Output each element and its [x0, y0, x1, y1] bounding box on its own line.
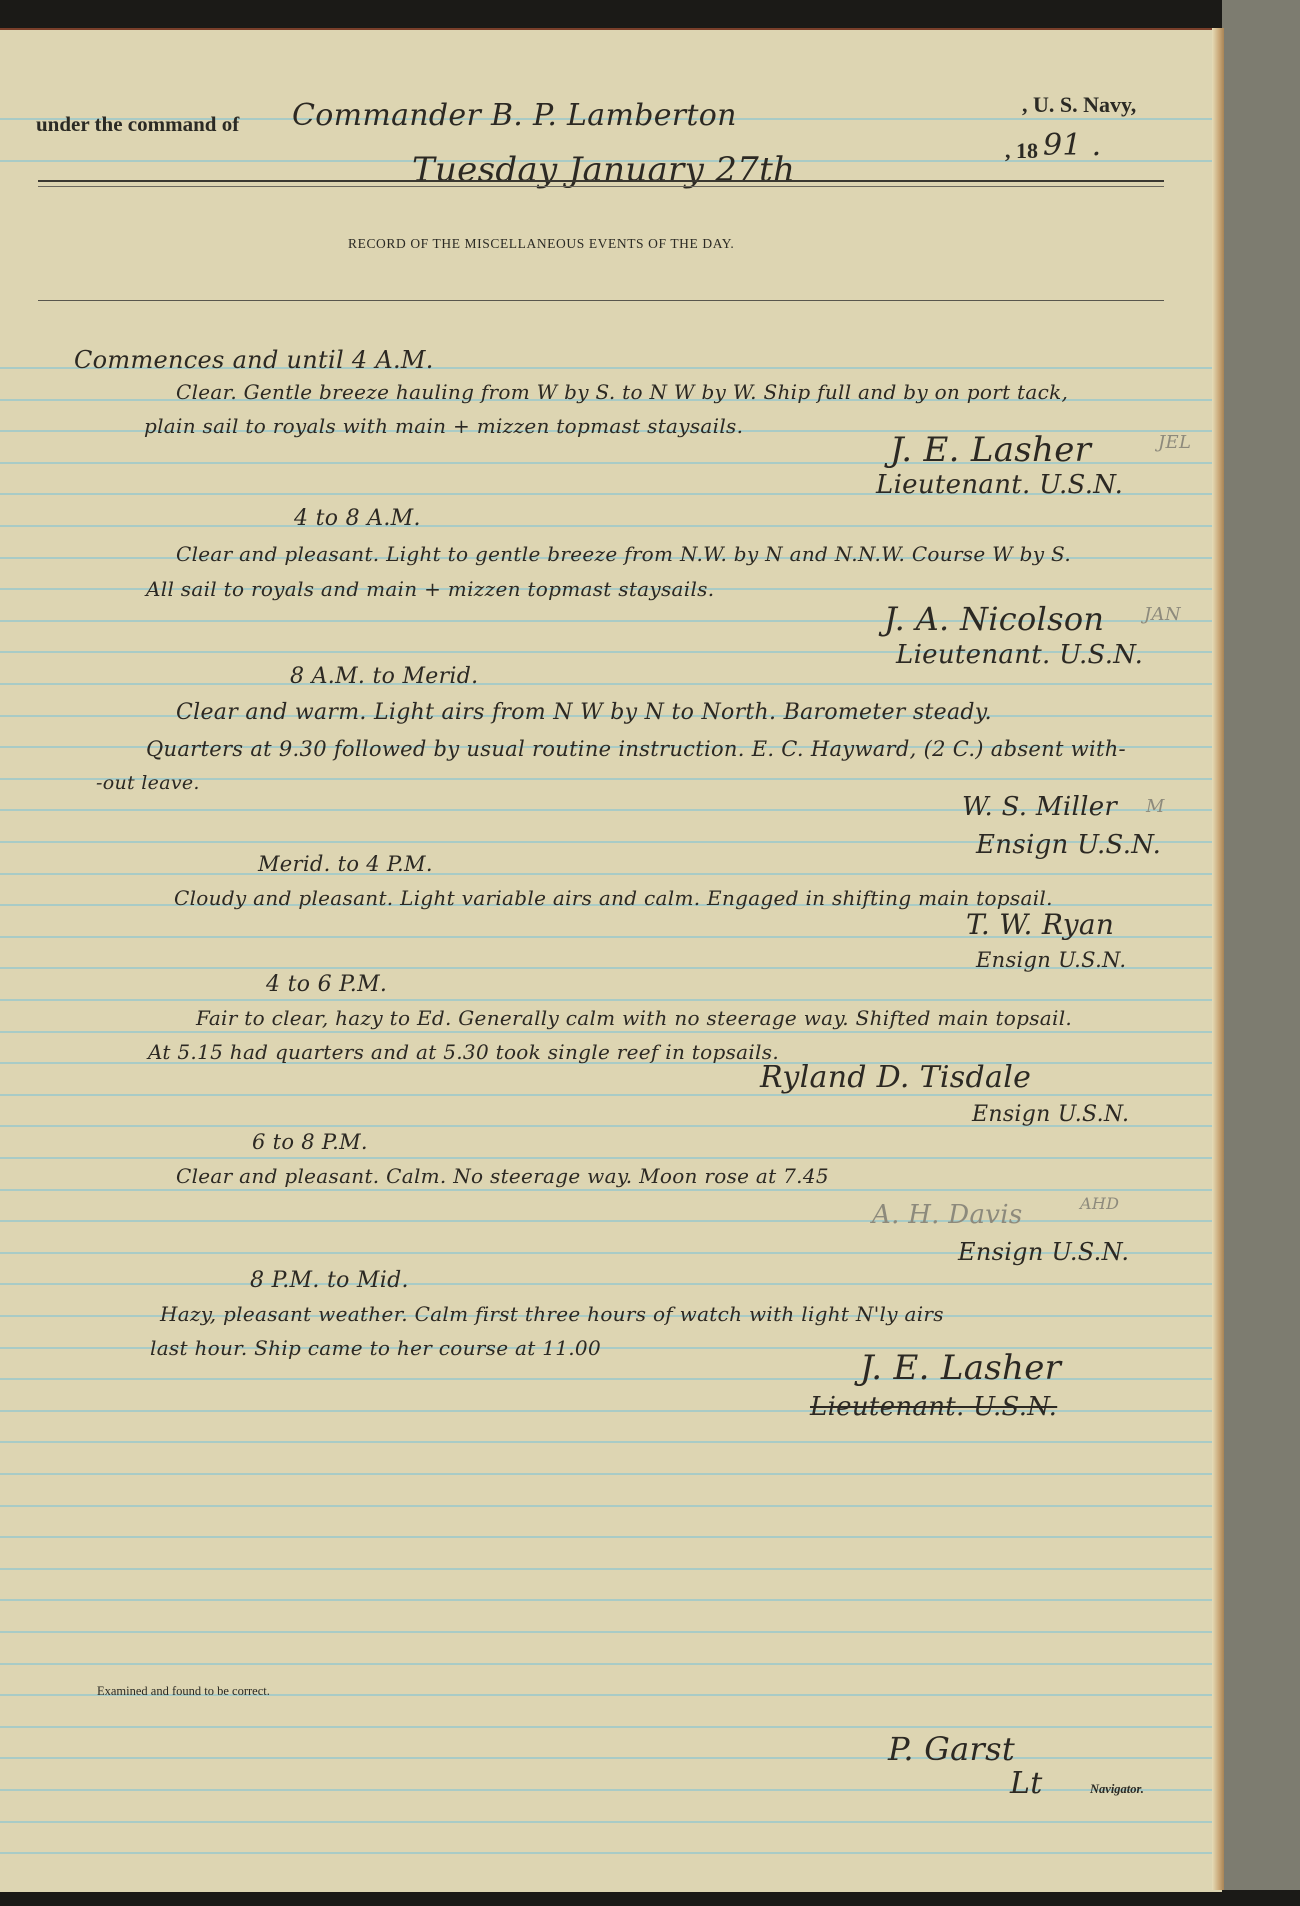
ruled-line — [0, 1757, 1212, 1759]
officer-rank: Ensign U.S.N. — [958, 1238, 1129, 1266]
year-suffix: 91 . — [1043, 128, 1101, 163]
officer-rank: Ensign U.S.N. — [972, 1102, 1129, 1127]
ruled-line — [0, 1631, 1212, 1633]
officer-signature: Ryland D. Tisdale — [760, 1060, 1031, 1095]
officer-signature: J. E. Lasher — [890, 430, 1091, 470]
officer-signature: W. S. Miller — [962, 792, 1117, 822]
ruled-line — [0, 873, 1212, 875]
ruled-line — [0, 1536, 1212, 1538]
navigator-label: Navigator. — [1090, 1782, 1144, 1797]
page-edge — [1212, 28, 1224, 1890]
ruled-line — [0, 1189, 1212, 1191]
officer-rank: Lieutenant. U.S.N. — [896, 640, 1143, 670]
watch-heading: Commences and until 4 A.M. — [74, 346, 434, 374]
ruled-line — [0, 1505, 1212, 1507]
watch-heading: 4 to 6 P.M. — [266, 972, 387, 997]
officer-signature: J. E. Lasher — [860, 1348, 1061, 1388]
ruled-line — [0, 1031, 1212, 1033]
entry-line: All sail to royals and main + mizzen top… — [146, 577, 714, 601]
entry-line: Clear and pleasant. Light to gentle bree… — [176, 542, 1071, 566]
day-date: Tuesday January 27th — [412, 150, 795, 190]
officer-initials: JAN — [1144, 604, 1181, 625]
header-divider-thin — [38, 186, 1164, 187]
officer-signature: J. A. Nicolson — [884, 600, 1104, 638]
header-divider-thick — [38, 180, 1164, 182]
ruled-line — [0, 525, 1212, 527]
navigator-signature: P. Garst — [888, 1730, 1015, 1768]
backboard — [1222, 0, 1300, 1890]
officer-rank: Lieutenant. U.S.N. — [810, 1392, 1057, 1422]
section-title: RECORD OF THE MISCELLANEOUS EVENTS OF TH… — [348, 236, 734, 252]
officer-initials: AHD — [1080, 1194, 1119, 1213]
officer-signature: A. H. Davis — [872, 1200, 1023, 1230]
entry-line: Hazy, pleasant weather. Calm first three… — [160, 1302, 944, 1326]
examined-label: Examined and found to be correct. — [97, 1684, 270, 1699]
commander-name: Commander B. P. Lamberton — [292, 98, 737, 133]
ruled-line — [0, 1441, 1212, 1443]
officer-initials: JEL — [1158, 432, 1191, 453]
ruled-line — [0, 1283, 1212, 1285]
watch-heading: 4 to 8 A.M. — [294, 506, 421, 531]
entry-line: Clear and warm. Light airs from N W by N… — [176, 700, 992, 725]
officer-initials: M — [1146, 796, 1165, 817]
ruled-line — [0, 683, 1212, 685]
entry-line: -out leave. — [96, 772, 200, 794]
ruled-line — [0, 1821, 1212, 1823]
officer-signature: T. W. Ryan — [966, 908, 1114, 941]
year-prefix: , 18 — [1005, 138, 1038, 164]
section-divider — [38, 300, 1164, 301]
log-page: under the command of Commander B. P. Lam… — [0, 28, 1222, 1892]
entry-line: Clear and pleasant. Calm. No steerage wa… — [176, 1164, 829, 1188]
entry-line: Clear. Gentle breeze hauling from W by S… — [176, 380, 1068, 404]
watch-heading: Merid. to 4 P.M. — [258, 852, 433, 876]
watch-heading: 8 P.M. to Mid. — [250, 1268, 409, 1293]
entry-line: At 5.15 had quarters and at 5.30 took si… — [148, 1040, 779, 1064]
ruled-line — [0, 999, 1212, 1001]
command-label: under the command of — [36, 112, 239, 137]
watch-heading: 6 to 8 P.M. — [252, 1130, 368, 1154]
officer-rank: Ensign U.S.N. — [976, 948, 1126, 972]
entry-line: last hour. Ship came to her course at 11… — [150, 1336, 601, 1360]
ruled-line — [0, 1726, 1212, 1728]
entry-line: Cloudy and pleasant. Light variable airs… — [174, 886, 1053, 910]
entry-line: Fair to clear, hazy to Ed. Generally cal… — [196, 1006, 1072, 1030]
entry-line: plain sail to royals with main + mizzen … — [144, 414, 743, 438]
officer-rank: Ensign U.S.N. — [976, 830, 1161, 860]
ruled-line — [0, 1157, 1212, 1159]
ruled-line — [0, 1473, 1212, 1475]
ruled-line — [0, 1663, 1212, 1665]
entry-line: Quarters at 9.30 followed by usual routi… — [146, 737, 1126, 761]
officer-rank: Lieutenant. U.S.N. — [876, 470, 1123, 500]
navy-suffix: , U. S. Navy, — [1022, 92, 1136, 118]
ruled-line — [0, 1220, 1212, 1222]
ruled-line — [0, 1568, 1212, 1570]
navigator-rank: Lt — [1010, 1766, 1043, 1801]
ruled-line — [0, 1599, 1212, 1601]
watch-heading: 8 A.M. to Merid. — [290, 664, 478, 689]
ruled-line — [0, 1852, 1212, 1854]
